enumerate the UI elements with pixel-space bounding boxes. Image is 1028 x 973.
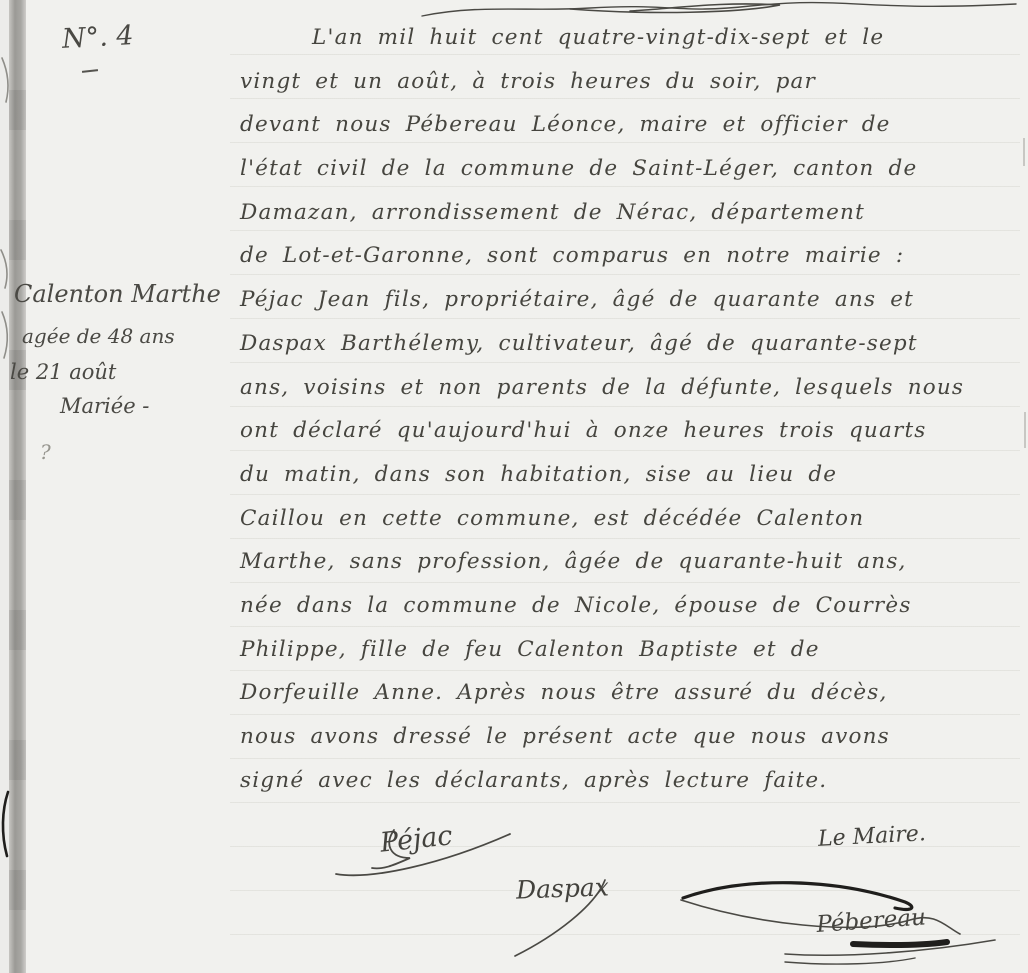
margin-note-name: Calenton Marthe	[14, 280, 228, 308]
act-text-line: Philippe, fille de feu Calenton Baptiste…	[240, 628, 1020, 672]
margin-note-status: Mariée -	[60, 394, 228, 418]
margin-note-date: le 21 août	[10, 360, 228, 384]
act-text-line: vingt et un août, à trois heures du soir…	[240, 60, 1020, 104]
margin-note-age: agée de 48 ans	[22, 324, 228, 348]
act-text-line: Péjac Jean fils, propriétaire, âgé de qu…	[240, 278, 1020, 322]
act-text-line: Daspax Barthélemy, cultivateur, âgé de q…	[240, 322, 1020, 366]
act-text-line: l'état civil de la commune de Saint-Lége…	[240, 147, 1020, 191]
act-text-line: Damazan, arrondissement de Nérac, départ…	[240, 191, 1020, 235]
act-text-line: ans, voisins et non parents de la défunt…	[240, 366, 1020, 410]
signature-pebereau: Pébereau	[455, 862, 1015, 970]
act-text-line: née dans la commune de Nicole, épouse de…	[240, 584, 1020, 628]
scan-edge-mark	[1024, 412, 1026, 448]
act-text-line: signé avec les déclarants, après lecture…	[240, 759, 1020, 803]
act-text-line: Marthe, sans profession, âgée de quarant…	[240, 540, 1020, 584]
act-text-line: de Lot-et-Garonne, sont comparus en notr…	[240, 234, 1020, 278]
act-text-line: Caillou en cette commune, est décédée Ca…	[240, 497, 1020, 541]
act-number: N°. 4	[61, 20, 134, 55]
signature-pebereau-text: Pébereau	[815, 904, 927, 938]
act-text-line: Dorfeuille Anne. Après nous être assuré …	[240, 671, 1020, 715]
scan-edge-mark	[1023, 138, 1025, 166]
margin-note: Calenton Marthe agée de 48 ans le 21 aoû…	[8, 280, 228, 464]
register-page: N°. 4 Calenton Marthe agée de 48 ans le …	[0, 0, 1028, 973]
act-text-line: devant nous Pébereau Léonce, maire et of…	[240, 103, 1020, 147]
act-number-underline	[82, 69, 98, 73]
act-text-line: du matin, dans son habitation, sise au l…	[240, 453, 1020, 497]
margin-note-mark: ?	[40, 440, 228, 464]
act-text-line: L'an mil huit cent quatre-vingt-dix-sept…	[240, 16, 1020, 60]
act-text-line: ont déclaré qu'aujourd'hui à onze heures…	[240, 409, 1020, 453]
act-body: L'an mil huit cent quatre-vingt-dix-sept…	[240, 16, 1020, 802]
act-text-line: nous avons dressé le présent acte que no…	[240, 715, 1020, 759]
